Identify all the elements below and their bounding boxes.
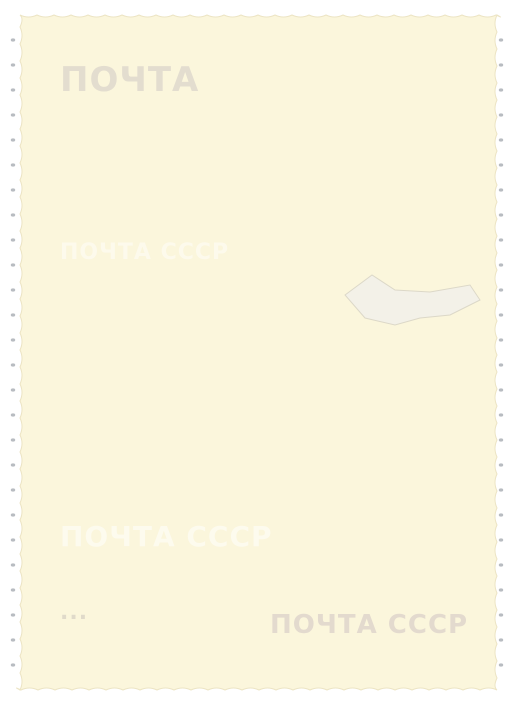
show-through-lower: ПОЧТА СССР (60, 520, 273, 553)
stamp-paper (16, 15, 500, 690)
show-through-middle: ПОЧТА СССР (60, 240, 229, 265)
show-through-mark: ... (60, 600, 88, 625)
show-through-bottom: ПОЧТА СССР (270, 610, 468, 640)
show-through-top: ПОЧТА (60, 60, 199, 100)
